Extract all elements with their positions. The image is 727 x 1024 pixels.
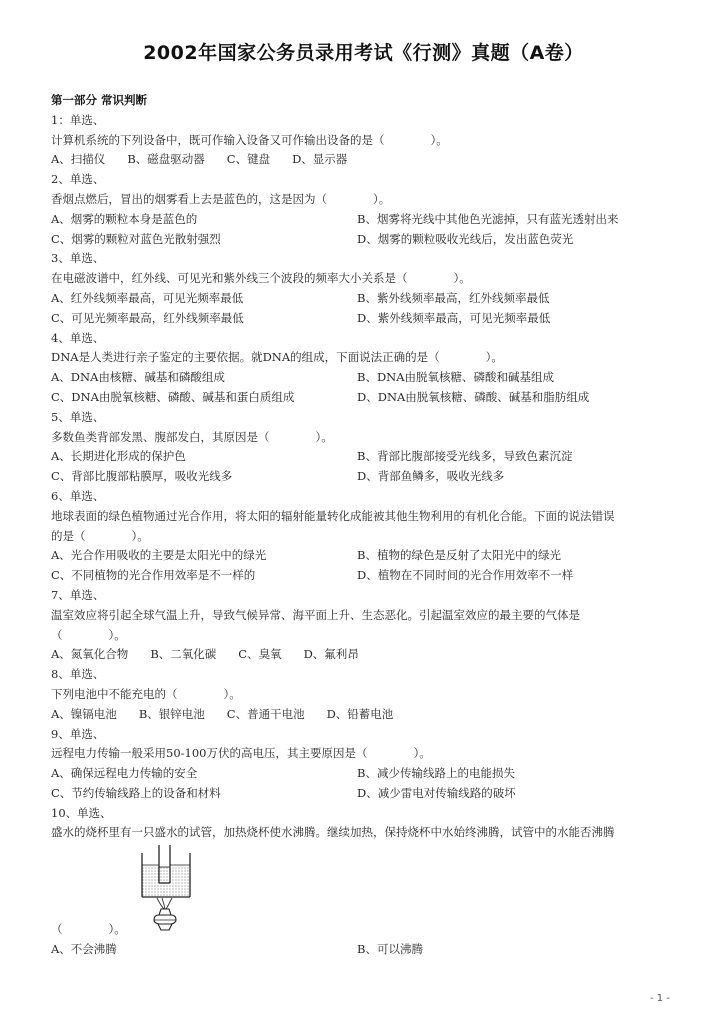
question-stem: 香烟点燃后，冒出的烟雾看上去是蓝色的，这是因为（ ）。: [51, 190, 681, 210]
page-number: - 1 -: [650, 993, 670, 1004]
question-label: 1：单选、: [51, 111, 681, 131]
question-stem: 温室效应将引起全球气温上升，导致气候异常、海平面上升、生态恶化。引起温室效应的最…: [51, 606, 681, 626]
options-row: C、烟雾的颗粒对蓝色光散射强烈 D、烟雾的颗粒吸收光线后，发出蓝色荧光: [51, 230, 681, 250]
section-heading: 第一部分 常识判断: [51, 91, 681, 111]
options-row: A、光合作用吸收的主要是太阳光中的绿光 B、植物的绿色是反射了太阳光中的绿光: [51, 546, 681, 566]
option-b: B、减少传输线路上的电能损失: [357, 764, 663, 784]
options-row: C、背部比腹部粘膜厚，吸收光线多 D、背部鱼鳞多，吸收光线多: [51, 467, 681, 487]
question-9: 9、单选、 远程电力传输一般采用50-100万伏的高电压，其主要原因是（ ）。 …: [51, 725, 681, 804]
options-row: C、DNA由脱氧核糖、磷酸、碱基和蛋白质组成 D、DNA由脱氧核糖、磷酸、碱基和…: [51, 388, 681, 408]
option-c: C、键盘: [227, 150, 270, 170]
question-stem: 盛水的烧杯里有一只盛水的试管，加热烧杯使水沸腾。继续加热，保持烧杯中水始终沸腾，…: [51, 823, 681, 843]
options-row: C、节约传输线路上的设备和材料 D、减少雷电对传输线路的破坏: [51, 784, 681, 804]
question-stem: 下列电池中不能充电的（ ）。: [51, 685, 681, 705]
option-c: C、可见光频率最高，红外线频率最低: [51, 309, 357, 329]
document-title: 2002年国家公务员录用考试《行测》真题（A卷）: [0, 38, 727, 65]
option-b: B、烟雾将光线中其他色光滤掉，只有蓝光透射出来: [357, 210, 663, 230]
option-d: D、烟雾的颗粒吸收光线后，发出蓝色荧光: [357, 230, 663, 250]
figure-row: （ ）。: [51, 843, 681, 940]
question-stem: 计算机系统的下列设备中，既可作输入设备又可作输出设备的是（ ）。: [51, 131, 681, 151]
options-row: C、可见光频率最高，红外线频率最低 D、紫外线频率最高，可见光频率最低: [51, 309, 681, 329]
option-b: B、银锌电池: [139, 705, 205, 725]
question-3: 3、单选、 在电磁波谱中，红外线、可见光和紫外线三个波段的频率大小关系是（ ）。…: [51, 249, 681, 328]
option-d: D、紫外线频率最高，可见光频率最低: [357, 309, 663, 329]
option-a: A、镍镉电池: [51, 705, 117, 725]
option-b: B、磁盘驱动器: [127, 150, 204, 170]
question-label: 9、单选、: [51, 725, 681, 745]
option-a: A、不会沸腾: [51, 940, 357, 960]
question-stem: DNA是人类进行亲子鉴定的主要依据。就DNA的组成，下面说法正确的是（ ）。: [51, 348, 681, 368]
options-row: A、扫描仪 B、磁盘驱动器 C、键盘 D、显示器: [51, 150, 681, 170]
question-stem-continued: （ ）。: [51, 920, 126, 940]
option-b: B、背部比腹部接受光线多，导致色素沉淀: [357, 447, 663, 467]
question-label: 10、单选、: [51, 804, 681, 824]
question-6: 6、单选、 地球表面的绿色植物通过光合作用，将太阳的辐射能量转化成能被其他生物利…: [51, 487, 681, 586]
question-10: 10、单选、 盛水的烧杯里有一只盛水的试管，加热烧杯使水沸腾。继续加热，保持烧杯…: [51, 804, 681, 960]
option-a: A、DNA由核糖、碱基和磷酸组成: [51, 368, 357, 388]
option-a: A、长期进化形成的保护色: [51, 447, 357, 467]
option-b: B、二氧化碳: [150, 645, 216, 665]
options-row: A、不会沸腾 B、可以沸腾: [51, 940, 681, 960]
option-c: C、DNA由脱氧核糖、磷酸、碱基和蛋白质组成: [51, 388, 357, 408]
question-7: 7、单选、 温室效应将引起全球气温上升，导致气候异常、海平面上升、生态恶化。引起…: [51, 586, 681, 665]
options-row: C、不同植物的光合作用效率是不一样的 D、植物在不同时间的光合作用效率不一样: [51, 566, 681, 586]
question-label: 3、单选、: [51, 249, 681, 269]
options-row: A、确保远程电力传输的安全 B、减少传输线路上的电能损失: [51, 764, 681, 784]
option-d: D、植物在不同时间的光合作用效率不一样: [357, 566, 663, 586]
question-label: 4、单选、: [51, 329, 681, 349]
question-1: 1：单选、 计算机系统的下列设备中，既可作输入设备又可作输出设备的是（ ）。 A…: [51, 111, 681, 170]
question-2: 2、单选、 香烟点燃后，冒出的烟雾看上去是蓝色的，这是因为（ ）。 A、烟雾的颗…: [51, 170, 681, 249]
option-a: A、确保远程电力传输的安全: [51, 764, 357, 784]
beaker-burner-figure: [139, 843, 195, 933]
option-a: A、烟雾的颗粒本身是蓝色的: [51, 210, 357, 230]
document-body: 第一部分 常识判断 1：单选、 计算机系统的下列设备中，既可作输入设备又可作输出…: [51, 91, 681, 960]
question-4: 4、单选、 DNA是人类进行亲子鉴定的主要依据。就DNA的组成，下面说法正确的是…: [51, 329, 681, 408]
option-c: C、臭氧: [238, 645, 281, 665]
option-d: D、氟利昂: [304, 645, 359, 665]
question-5: 5、单选、 多数鱼类背部发黑、腹部发白，其原因是（ ）。 A、长期进化形成的保护…: [51, 408, 681, 487]
option-c: C、不同植物的光合作用效率是不一样的: [51, 566, 357, 586]
options-row: A、镍镉电池 B、银锌电池 C、普通干电池 D、铅蓄电池: [51, 705, 681, 725]
question-stem: 地球表面的绿色植物通过光合作用，将太阳的辐射能量转化成能被其他生物利用的有机化合…: [51, 507, 681, 527]
options-row: A、红外线频率最高，可见光频率最低 B、紫外线频率最高，红外线频率最低: [51, 289, 681, 309]
option-b: B、植物的绿色是反射了太阳光中的绿光: [357, 546, 663, 566]
question-label: 6、单选、: [51, 487, 681, 507]
question-label: 2、单选、: [51, 170, 681, 190]
question-stem: 远程电力传输一般采用50-100万伏的高电压，其主要原因是（ ）。: [51, 744, 681, 764]
question-label: 5、单选、: [51, 408, 681, 428]
option-c: C、烟雾的颗粒对蓝色光散射强烈: [51, 230, 357, 250]
option-c: C、节约传输线路上的设备和材料: [51, 784, 357, 804]
option-a: A、氮氧化合物: [51, 645, 128, 665]
option-b: B、可以沸腾: [357, 940, 663, 960]
option-d: D、DNA由脱氧核糖、磷酸、碱基和脂肪组成: [357, 388, 663, 408]
option-d: D、减少雷电对传输线路的破坏: [357, 784, 663, 804]
option-a: A、光合作用吸收的主要是太阳光中的绿光: [51, 546, 357, 566]
question-8: 8、单选、 下列电池中不能充电的（ ）。 A、镍镉电池 B、银锌电池 C、普通干…: [51, 665, 681, 724]
options-row: A、烟雾的颗粒本身是蓝色的 B、烟雾将光线中其他色光滤掉，只有蓝光透射出来: [51, 210, 681, 230]
question-stem: 在电磁波谱中，红外线、可见光和紫外线三个波段的频率大小关系是（ ）。: [51, 269, 681, 289]
question-label: 8、单选、: [51, 665, 681, 685]
question-label: 7、单选、: [51, 586, 681, 606]
option-c: C、普通干电池: [227, 705, 305, 725]
option-d: D、铅蓄电池: [327, 705, 394, 725]
option-d: D、背部鱼鳞多，吸收光线多: [357, 467, 663, 487]
options-row: A、氮氧化合物 B、二氧化碳 C、臭氧 D、氟利昂: [51, 645, 681, 665]
option-d: D、显示器: [292, 150, 347, 170]
options-row: A、长期进化形成的保护色 B、背部比腹部接受光线多，导致色素沉淀: [51, 447, 681, 467]
question-stem-continued: （ ）。: [51, 626, 681, 646]
option-c: C、背部比腹部粘膜厚，吸收光线多: [51, 467, 357, 487]
options-row: A、DNA由核糖、碱基和磷酸组成 B、DNA由脱氧核糖、磷酸和碱基组成: [51, 368, 681, 388]
option-a: A、红外线频率最高，可见光频率最低: [51, 289, 357, 309]
question-stem: 多数鱼类背部发黑、腹部发白，其原因是（ ）。: [51, 428, 681, 448]
option-a: A、扫描仪: [51, 150, 105, 170]
option-b: B、DNA由脱氧核糖、磷酸和碱基组成: [357, 368, 663, 388]
question-stem-continued: 的是（ ）。: [51, 527, 681, 547]
option-b: B、紫外线频率最高，红外线频率最低: [357, 289, 663, 309]
